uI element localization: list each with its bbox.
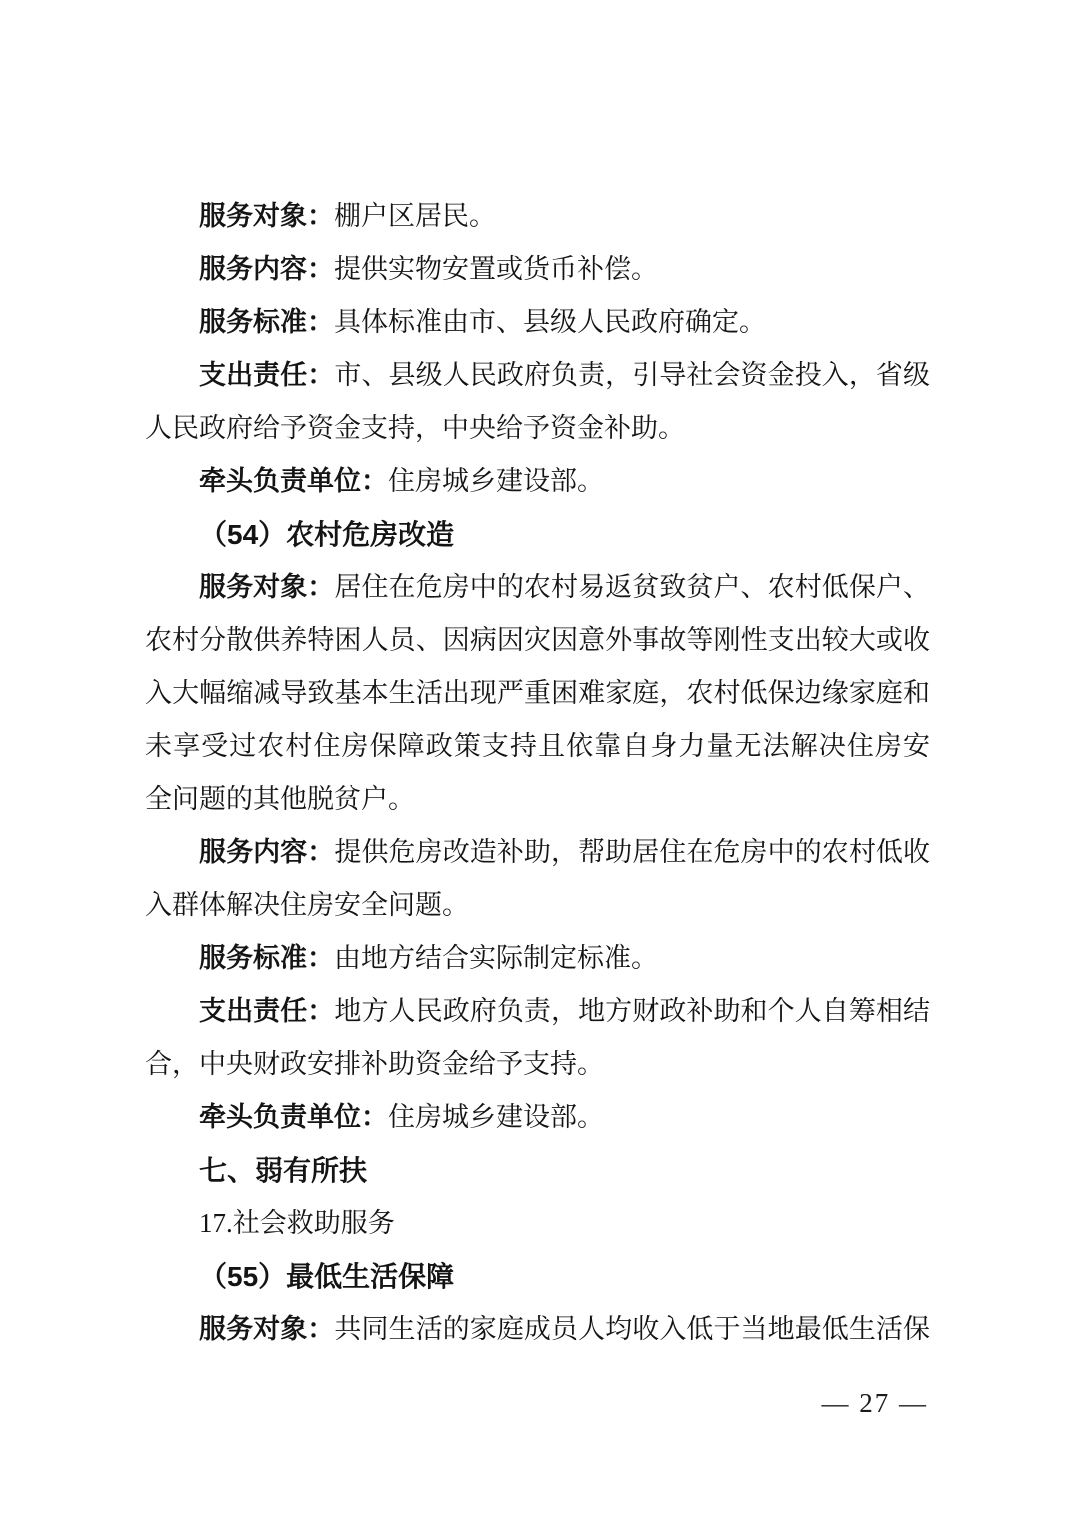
field-label: 支出责任： xyxy=(199,996,334,1026)
text-line: 服务内容：提供危房改造补助，帮助居住在危房中的农村低收 xyxy=(145,826,930,879)
text-line: 服务对象：居住在危房中的农村易返贫致贫户、农村低保户、 xyxy=(145,561,930,614)
text-line: 17.社会救助服务 xyxy=(145,1197,930,1250)
text-line: （55）最低生活保障 xyxy=(145,1250,930,1303)
paragraph: 服务内容：提供实物安置或货币补偿。 xyxy=(145,243,930,296)
text-line: 牵头负责单位：住房城乡建设部。 xyxy=(145,1091,930,1144)
field-label: 牵头负责单位： xyxy=(199,1102,388,1132)
paragraph: 服务标准：具体标准由市、县级人民政府确定。 xyxy=(145,296,930,349)
text-line: 支出责任：地方人民政府负责，地方财政补助和个人自筹相结 xyxy=(145,985,930,1038)
field-label: 服务对象： xyxy=(199,572,334,602)
field-label: 服务内容： xyxy=(199,837,334,867)
text-line: 合，中央财政安排补助资金给予支持。 xyxy=(145,1038,930,1091)
paragraph: 支出责任：市、县级人民政府负责，引导社会资金投入，省级人民政府给予资金支持，中央… xyxy=(145,349,930,455)
paragraph: 服务对象：棚户区居民。 xyxy=(145,190,930,243)
text-line: 服务对象：共同生活的家庭成员人均收入低于当地最低生活保 xyxy=(145,1303,930,1356)
text-line: 农村分散供养特困人员、因病因灾因意外事故等刚性支出较大或收 xyxy=(145,614,930,667)
paragraph: 牵头负责单位：住房城乡建设部。 xyxy=(145,455,930,508)
text-line: 服务标准：由地方结合实际制定标准。 xyxy=(145,932,930,985)
page-number: — 27 — xyxy=(822,1385,929,1421)
text-line: 服务内容：提供实物安置或货币补偿。 xyxy=(145,243,930,296)
text-line: 服务标准：具体标准由市、县级人民政府确定。 xyxy=(145,296,930,349)
paragraph: 支出责任：地方人民政府负责，地方财政补助和个人自筹相结合，中央财政安排补助资金给… xyxy=(145,985,930,1091)
text-line: 全问题的其他脱贫户。 xyxy=(145,773,930,826)
section-heading: 七、弱有所扶 xyxy=(145,1144,930,1197)
text-line: 入群体解决住房安全问题。 xyxy=(145,879,930,932)
text-line: 七、弱有所扶 xyxy=(145,1144,930,1197)
text-line: 人民政府给予资金支持，中央给予资金补助。 xyxy=(145,402,930,455)
text-line: （54）农村危房改造 xyxy=(145,508,930,561)
paragraph: 服务对象：共同生活的家庭成员人均收入低于当地最低生活保 xyxy=(145,1303,930,1356)
document-body: 服务对象：棚户区居民。服务内容：提供实物安置或货币补偿。服务标准：具体标准由市、… xyxy=(145,190,930,1356)
field-label: 支出责任： xyxy=(199,360,334,390)
text-line: 入大幅缩减导致基本生活出现严重困难家庭，农村低保边缘家庭和 xyxy=(145,667,930,720)
text-line: 支出责任：市、县级人民政府负责，引导社会资金投入，省级 xyxy=(145,349,930,402)
paragraph: 服务标准：由地方结合实际制定标准。 xyxy=(145,932,930,985)
paragraph: 服务内容：提供危房改造补助，帮助居住在危房中的农村低收入群体解决住房安全问题。 xyxy=(145,826,930,932)
text-line: 未享受过农村住房保障政策支持且依靠自身力量无法解决住房安 xyxy=(145,720,930,773)
field-label: 服务对象： xyxy=(199,201,334,231)
field-label: 服务对象： xyxy=(199,1314,334,1344)
paragraph: 牵头负责单位：住房城乡建设部。 xyxy=(145,1091,930,1144)
document-page: { "colors": { "background": "#ffffff", "… xyxy=(0,0,1074,1520)
field-label: 牵头负责单位： xyxy=(199,466,388,496)
field-label: 服务内容： xyxy=(199,254,334,284)
field-label: 服务标准： xyxy=(199,943,334,973)
field-label: 服务标准： xyxy=(199,307,334,337)
text-line: 牵头负责单位：住房城乡建设部。 xyxy=(145,455,930,508)
text-line: 服务对象：棚户区居民。 xyxy=(145,190,930,243)
section-heading: （54）农村危房改造 xyxy=(145,508,930,561)
section-heading: （55）最低生活保障 xyxy=(145,1250,930,1303)
section-heading: 17.社会救助服务 xyxy=(145,1197,930,1250)
paragraph: 服务对象：居住在危房中的农村易返贫致贫户、农村低保户、农村分散供养特困人员、因病… xyxy=(145,561,930,826)
